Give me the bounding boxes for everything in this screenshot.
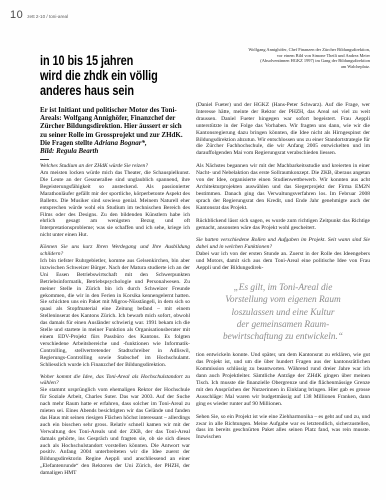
- pull-quote-line: „Es gilt, im Toni-Areal die: [198, 282, 368, 294]
- interview-answer-continued: tion entwickeln konnte. Und später, um d…: [196, 352, 370, 407]
- pull-quote: „Es gilt, im Toni-Areal die Vorstellung …: [198, 282, 368, 343]
- left-column: in 10 bis 15 jahren wird die zhdk ein vö…: [40, 53, 190, 477]
- photo-credit: Bild: Regula Bearth: [40, 147, 98, 155]
- page-header: 10 zett 2-10 / toni-areal: [10, 9, 68, 21]
- interview-answer: Ich bin tiefster Ruhrgebietler, komme au…: [40, 258, 190, 369]
- body-paragraph: Rückblickend lässt sich sagen, es wurde …: [196, 218, 370, 232]
- edition-label: zett 2-10 / toni-areal: [27, 14, 68, 19]
- interview-answer: Dabei war ich von der ersten Stunde an. …: [196, 251, 370, 272]
- title-line-3: anderes haus sein: [40, 83, 157, 98]
- interviewer-name: Adriana Bognar*,: [94, 139, 147, 147]
- right-column: Wolfgang Annighöfer, Chef Finanzen der Z…: [196, 47, 370, 441]
- qa-block-2: Können Sie uns kurz Ihren Werdegang und …: [40, 244, 190, 368]
- magazine-page: { "page": { "number": "10", "edition": "…: [0, 0, 386, 500]
- qa-block-3: Woher kommt die Idee, das Toni-Areal als…: [40, 374, 190, 478]
- right-column-body: (Daniel Fueter) und der HGKZ (Hans-Peter…: [196, 102, 370, 441]
- pull-quote-line: der gemeinsamen Raum-: [198, 319, 368, 331]
- caption-line: am Walcheplatz.: [196, 64, 370, 70]
- photo-caption: Wolfgang Annighöfer, Chef Finanzen der Z…: [196, 47, 370, 69]
- pull-quote-line: bewirtschaftung zu entwickeln.“: [198, 331, 368, 343]
- article-lead: Er ist Initiant und politischer Motor de…: [40, 106, 190, 155]
- interview-answer: Am meisten locken würde mich das Theater…: [40, 170, 190, 239]
- section-rule: [40, 159, 49, 160]
- article-title: in 10 bis 15 jahren wird die zhdk ein vö…: [40, 53, 190, 98]
- qa-block-1: Welches Studium an der ZHdK würde Sie re…: [40, 163, 190, 239]
- interview-question: Woher kommt die Idee, das Toni-Areal als…: [40, 374, 190, 388]
- interview-question: Sie hatten verschiedene Rollen und Aufga…: [196, 237, 370, 251]
- body-paragraph: Als Nächstes begannen wir mit der Machba…: [196, 163, 370, 211]
- body-paragraph: (Daniel Fueter) und der HGKZ (Hans-Peter…: [196, 102, 370, 157]
- pull-quote-line: loszulassen und eine Kultur: [198, 307, 368, 319]
- interview-question: Können Sie uns kurz Ihren Werdegang und …: [40, 244, 190, 258]
- title-line-2: wird die zhdk ein völlig: [40, 68, 157, 83]
- title-line-1: in 10 bis 15 jahren: [40, 53, 157, 68]
- pull-quote-line: Vorstellung vom eigenen Raum: [198, 294, 368, 306]
- closing-paragraph: Sehen Sie, so ein Projekt ist wie eine Z…: [196, 414, 370, 442]
- page-number: 10: [10, 9, 23, 21]
- interview-question: Welches Studium an der ZHdK würde Sie re…: [40, 163, 190, 170]
- interview-answer: Sie stammt ursprünglich vom ehemaligen R…: [40, 387, 190, 477]
